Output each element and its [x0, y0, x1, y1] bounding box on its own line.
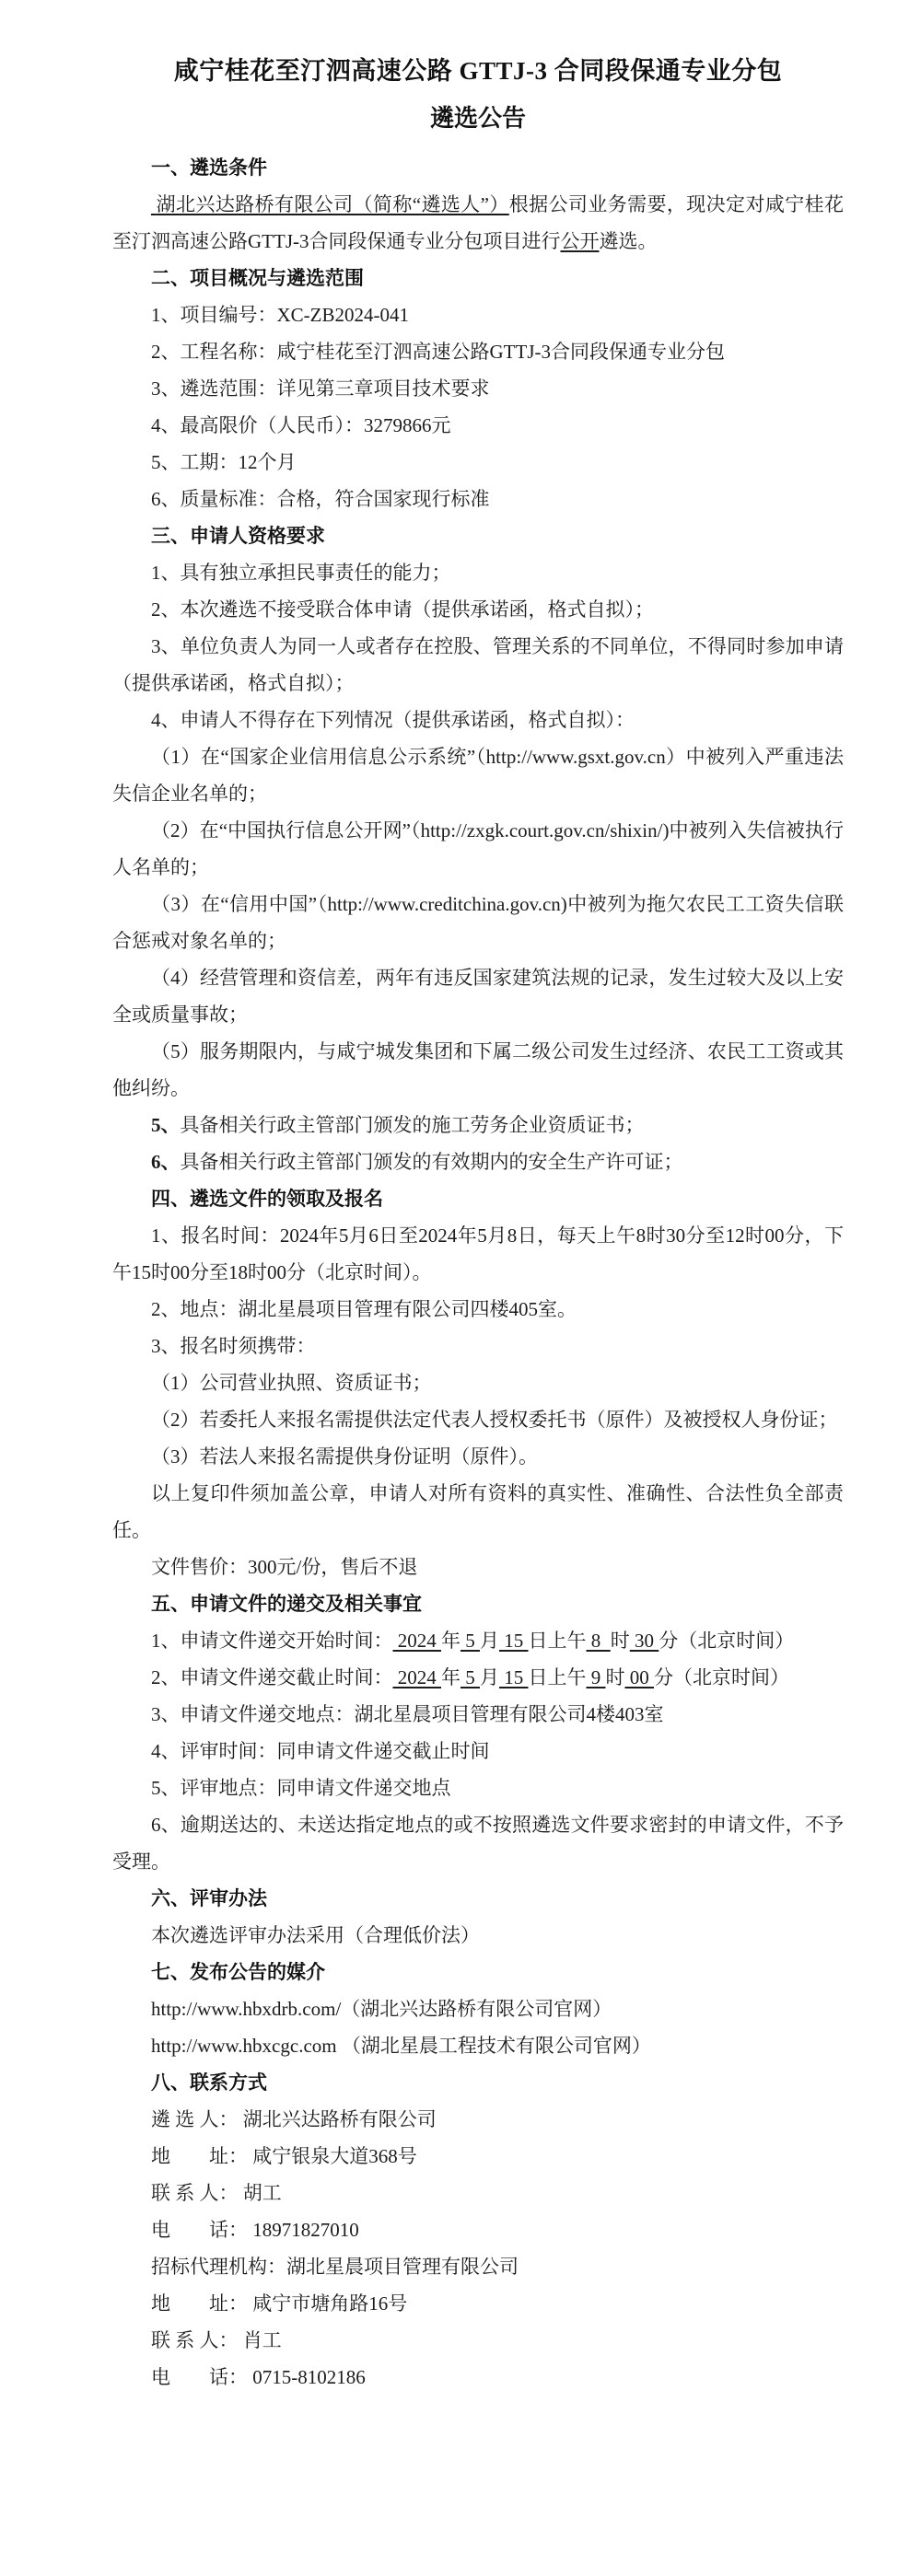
text-segment: 日上午 — [529, 1666, 587, 1688]
list-item: 3、单位负责人为同一人或者存在控股、管理关系的不同单位，不得同时参加申请（提供承… — [112, 628, 844, 702]
text-segment: 年 — [441, 1630, 460, 1652]
underlined-segment: 2024 — [393, 1630, 442, 1652]
underlined-segment: 9 — [587, 1666, 606, 1688]
text-segment: 月 — [480, 1630, 499, 1652]
underlined-segment: 00 — [625, 1666, 655, 1688]
list-item: 5、评审地点：同申请文件递交地点 — [112, 1770, 844, 1806]
text-segment: 时 — [611, 1630, 630, 1652]
agency-person: 联 系 人： 肖工 — [112, 2322, 844, 2359]
underlined-segment: 30 — [630, 1630, 659, 1652]
paragraph: 以上复印件须加盖公章，申请人对所有资料的真实性、准确性、合法性负全部责任。 — [112, 1475, 844, 1549]
sub-list-item: （1）在“国家企业信用信息公示系统”（http://www.gsxt.gov.c… — [112, 738, 844, 812]
text-segment: 1、申请文件递交开始时间： — [151, 1630, 393, 1652]
list-item: 3、遴选范围：详见第三章项目技术要求 — [112, 370, 844, 407]
text-segment: 具备相关行政主管部门颁发的有效期内的安全生产许可证； — [181, 1151, 683, 1173]
text-segment: 日上午 — [529, 1630, 587, 1652]
list-item: 5、具备相关行政主管部门颁发的施工劳务企业资质证书； — [112, 1107, 844, 1143]
text-segment: 具备相关行政主管部门颁发的施工劳务企业资质证书； — [181, 1114, 645, 1136]
list-item: 6、逾期送达的、未送达指定地点的或不按照遴选文件要求密封的申请文件，不予受理。 — [112, 1806, 844, 1880]
paragraph: 本次遴选评审办法采用（合理低价法） — [112, 1917, 844, 1954]
section-heading-3: 三、申请人资格要求 — [112, 517, 844, 554]
underlined-segment: 5 — [460, 1666, 480, 1688]
underlined-segment: 15 — [499, 1630, 529, 1652]
bold-segment: 6、 — [151, 1151, 181, 1173]
paragraph: 湖北兴达路桥有限公司（简称“遴选人”）根据公司业务需要，现决定对咸宁桂花至汀泗高… — [112, 186, 844, 260]
sub-list-item: （5）服务期限内，与咸宁城发集团和下属二级公司发生过经济、农民工工资或其他纠纷。 — [112, 1033, 844, 1107]
url-text: http://www.hbxdrb.com/（湖北兴达路桥有限公司官网） — [112, 1990, 844, 2027]
section-heading-1: 一、遴选条件 — [112, 149, 844, 186]
url-text: http://www.hbxcgc.com （湖北星晨工程技术有限公司官网） — [112, 2027, 844, 2064]
sub-list-item: （3）在“信用中国”（http://www.creditchina.gov.cn… — [112, 886, 844, 959]
text-segment: 2、申请文件递交截止时间： — [151, 1666, 393, 1688]
section-heading-8: 八、联系方式 — [112, 2064, 844, 2101]
document-subtitle: 遴选公告 — [112, 101, 844, 136]
underlined-segment: 15 — [499, 1666, 529, 1688]
underlined-segment: 湖北兴达路桥有限公司（简称“遴选人”） — [151, 193, 509, 215]
text-segment: 遴选。 — [600, 230, 658, 252]
text-segment: 分（北京时间） — [659, 1630, 794, 1652]
contact-person: 联 系 人： 胡工 — [112, 2175, 844, 2211]
document-page: 咸宁桂花至汀泗高速公路 GTTJ-3 合同段保通专业分包 遴选公告 一、遴选条件… — [0, 0, 921, 2576]
list-item: 2、申请文件递交截止时间： 2024 年 5 月 15 日上午 9 时 00 分… — [112, 1659, 844, 1696]
text-segment: 年 — [441, 1666, 460, 1688]
list-item: 4、最高限价（人民币）：3279866元 — [112, 407, 844, 444]
list-item: 2、地点：湖北星晨项目管理有限公司四楼405室。 — [112, 1291, 844, 1328]
list-item: 5、工期：12个月 — [112, 444, 844, 481]
list-item: 3、申请文件递交地点：湖北星晨项目管理有限公司4楼403室 — [112, 1696, 844, 1733]
text-segment: 分（北京时间） — [654, 1666, 789, 1688]
document-title: 咸宁桂花至汀泗高速公路 GTTJ-3 合同段保通专业分包 — [112, 52, 844, 90]
section-heading-2: 二、项目概况与遴选范围 — [112, 260, 844, 296]
sub-list-item: （1）公司营业执照、资质证书； — [112, 1364, 844, 1401]
sub-list-item: （4）经营管理和资信差，两年有违反国家建筑法规的记录，发生过较大及以上安全或质量… — [112, 959, 844, 1033]
paragraph: 文件售价：300元/份，售后不退 — [112, 1549, 844, 1585]
agency-name: 招标代理机构：湖北星晨项目管理有限公司 — [112, 2248, 844, 2285]
sub-list-item: （2）若委托人来报名需提供法定代表人授权委托书（原件）及被授权人身份证； — [112, 1401, 844, 1438]
list-item: 3、报名时须携带： — [112, 1328, 844, 1364]
contact-selector: 遴 选 人： 湖北兴达路桥有限公司 — [112, 2101, 844, 2138]
text-segment: 月 — [480, 1666, 499, 1688]
section-heading-6: 六、评审办法 — [112, 1880, 844, 1917]
sub-list-item: （2）在“中国执行信息公开网”（http://zxgk.court.gov.cn… — [112, 812, 844, 886]
list-item: 4、申请人不得存在下列情况（提供承诺函，格式自拟）： — [112, 702, 844, 738]
contact-phone: 电 话： 18971827010 — [112, 2211, 844, 2248]
list-item: 2、工程名称：咸宁桂花至汀泗高速公路GTTJ-3合同段保通专业分包 — [112, 333, 844, 370]
agency-phone: 电 话： 0715-8102186 — [112, 2359, 844, 2396]
text-segment: 时 — [606, 1666, 625, 1688]
underlined-segment: 公开 — [561, 230, 600, 252]
agency-address: 地 址： 咸宁市塘角路16号 — [112, 2285, 844, 2322]
document-body: 一、遴选条件 湖北兴达路桥有限公司（简称“遴选人”）根据公司业务需要，现决定对咸… — [112, 149, 844, 2396]
sub-list-item: （3）若法人来报名需提供身份证明（原件）。 — [112, 1438, 844, 1475]
contact-address: 地 址： 咸宁银泉大道368号 — [112, 2138, 844, 2175]
list-item: 2、本次遴选不接受联合体申请（提供承诺函，格式自拟）； — [112, 591, 844, 628]
list-item: 1、具有独立承担民事责任的能力； — [112, 554, 844, 591]
list-item: 1、报名时间：2024年5月6日至2024年5月8日，每天上午8时30分至12时… — [112, 1217, 844, 1291]
list-item: 6、具备相关行政主管部门颁发的有效期内的安全生产许可证； — [112, 1143, 844, 1180]
underlined-segment: 2024 — [393, 1666, 442, 1688]
list-item: 6、质量标准：合格，符合国家现行标准 — [112, 481, 844, 517]
underlined-segment: 5 — [460, 1630, 480, 1652]
section-heading-7: 七、发布公告的媒介 — [112, 1954, 844, 1990]
list-item: 1、项目编号：XC-ZB2024-041 — [112, 296, 844, 333]
section-heading-5: 五、申请文件的递交及相关事宜 — [112, 1585, 844, 1622]
bold-segment: 5、 — [151, 1114, 181, 1136]
section-heading-4: 四、遴选文件的领取及报名 — [112, 1180, 844, 1217]
list-item: 4、评审时间：同申请文件递交截止时间 — [112, 1733, 844, 1770]
list-item: 1、申请文件递交开始时间： 2024 年 5 月 15 日上午 8 时 30 分… — [112, 1622, 844, 1659]
underlined-segment: 8 — [587, 1630, 611, 1652]
